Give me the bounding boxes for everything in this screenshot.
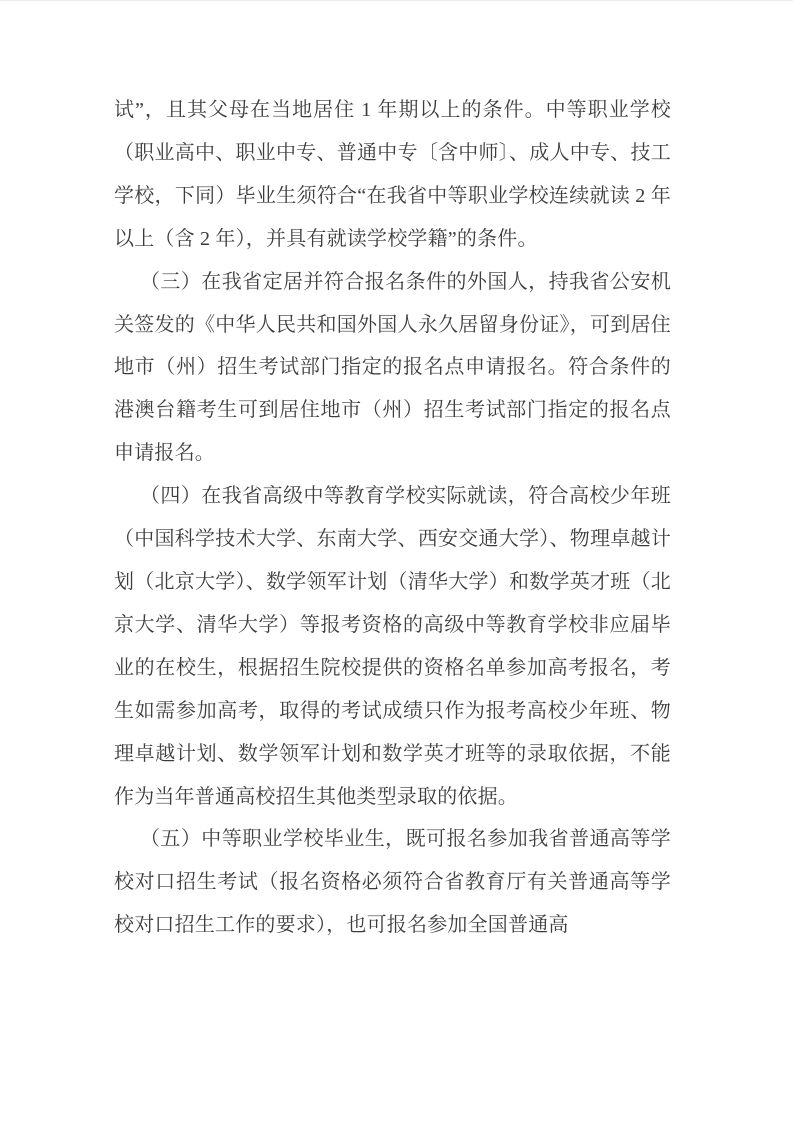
paragraph: （三）在我省定居并符合报名条件的外国人，持我省公安机关签发的《中华人民共和国外国… bbox=[114, 261, 671, 476]
document-page: 试”，且其父母在当地居住 1 年期以上的条件。中等职业学校（职业高中、职业中专、… bbox=[0, 0, 793, 1122]
paragraph: （五）中等职业学校毕业生，既可报名参加我省普通高等学校对口招生考试（报名资格必须… bbox=[114, 818, 671, 947]
paragraph: （四）在我省高级中等教育学校实际就读，符合高校少年班（中国科学技术大学、东南大学… bbox=[114, 475, 671, 818]
paragraph: 试”，且其父母在当地居住 1 年期以上的条件。中等职业学校（职业高中、职业中专、… bbox=[114, 89, 671, 261]
document-text-block: 试”，且其父母在当地居住 1 年期以上的条件。中等职业学校（职业高中、职业中专、… bbox=[114, 89, 671, 947]
